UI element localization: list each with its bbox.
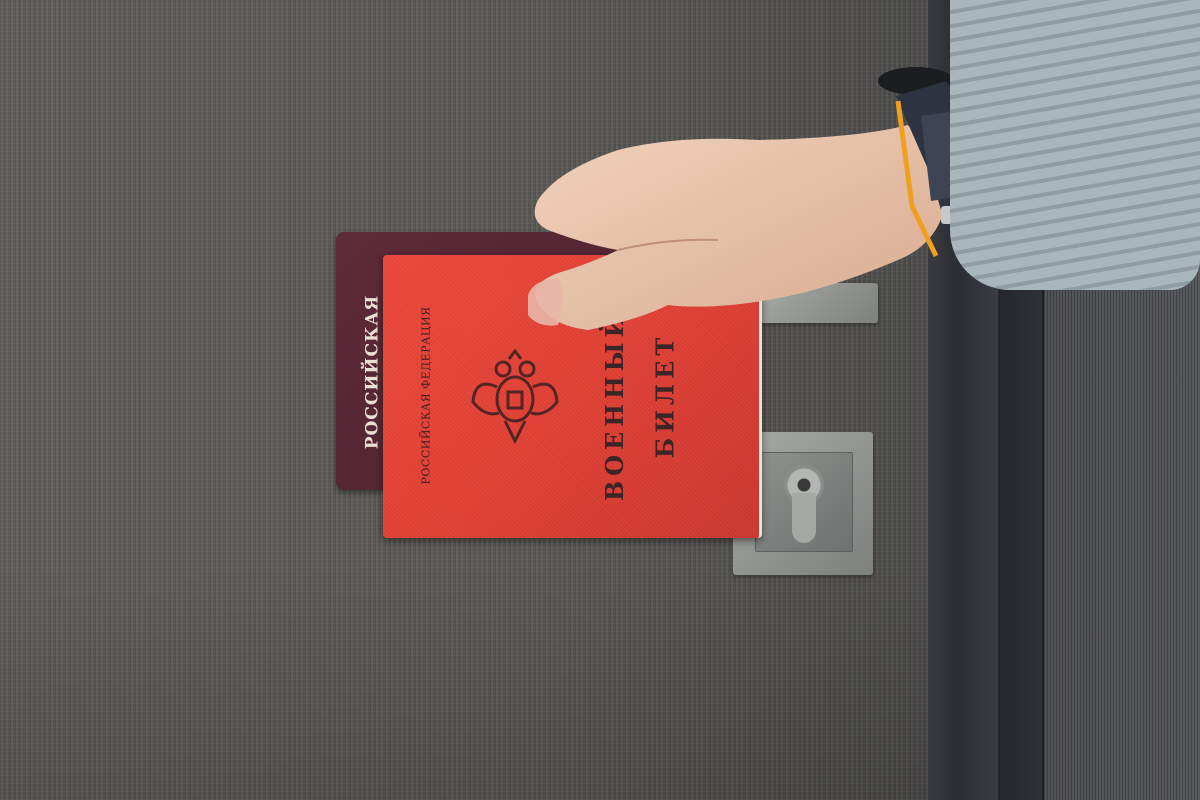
title-line-2-text: БИЛЕТ [651, 332, 680, 458]
issuer-text: РОССИЙСКАЯ ФЕДЕРАЦИЯ [420, 306, 433, 484]
photo-scene: РОССИЙСКАЯ РОССИЙСКАЯ ФЕДЕРАЦИЯ ВОЕННЫЙ … [0, 0, 1200, 800]
key-slot [792, 493, 816, 543]
knit-sweater-sleeve [950, 0, 1200, 290]
issuer-label: РОССИЙСКАЯ ФЕДЕРАЦИЯ [411, 295, 441, 495]
passport-label-text: РОССИЙСКАЯ [362, 295, 382, 450]
double-headed-eagle-icon [465, 347, 565, 447]
door-shadow [0, 560, 930, 800]
lock-cylinder-plate [755, 452, 853, 552]
title-line-1-text: ВОЕННЫЙ [601, 309, 630, 500]
